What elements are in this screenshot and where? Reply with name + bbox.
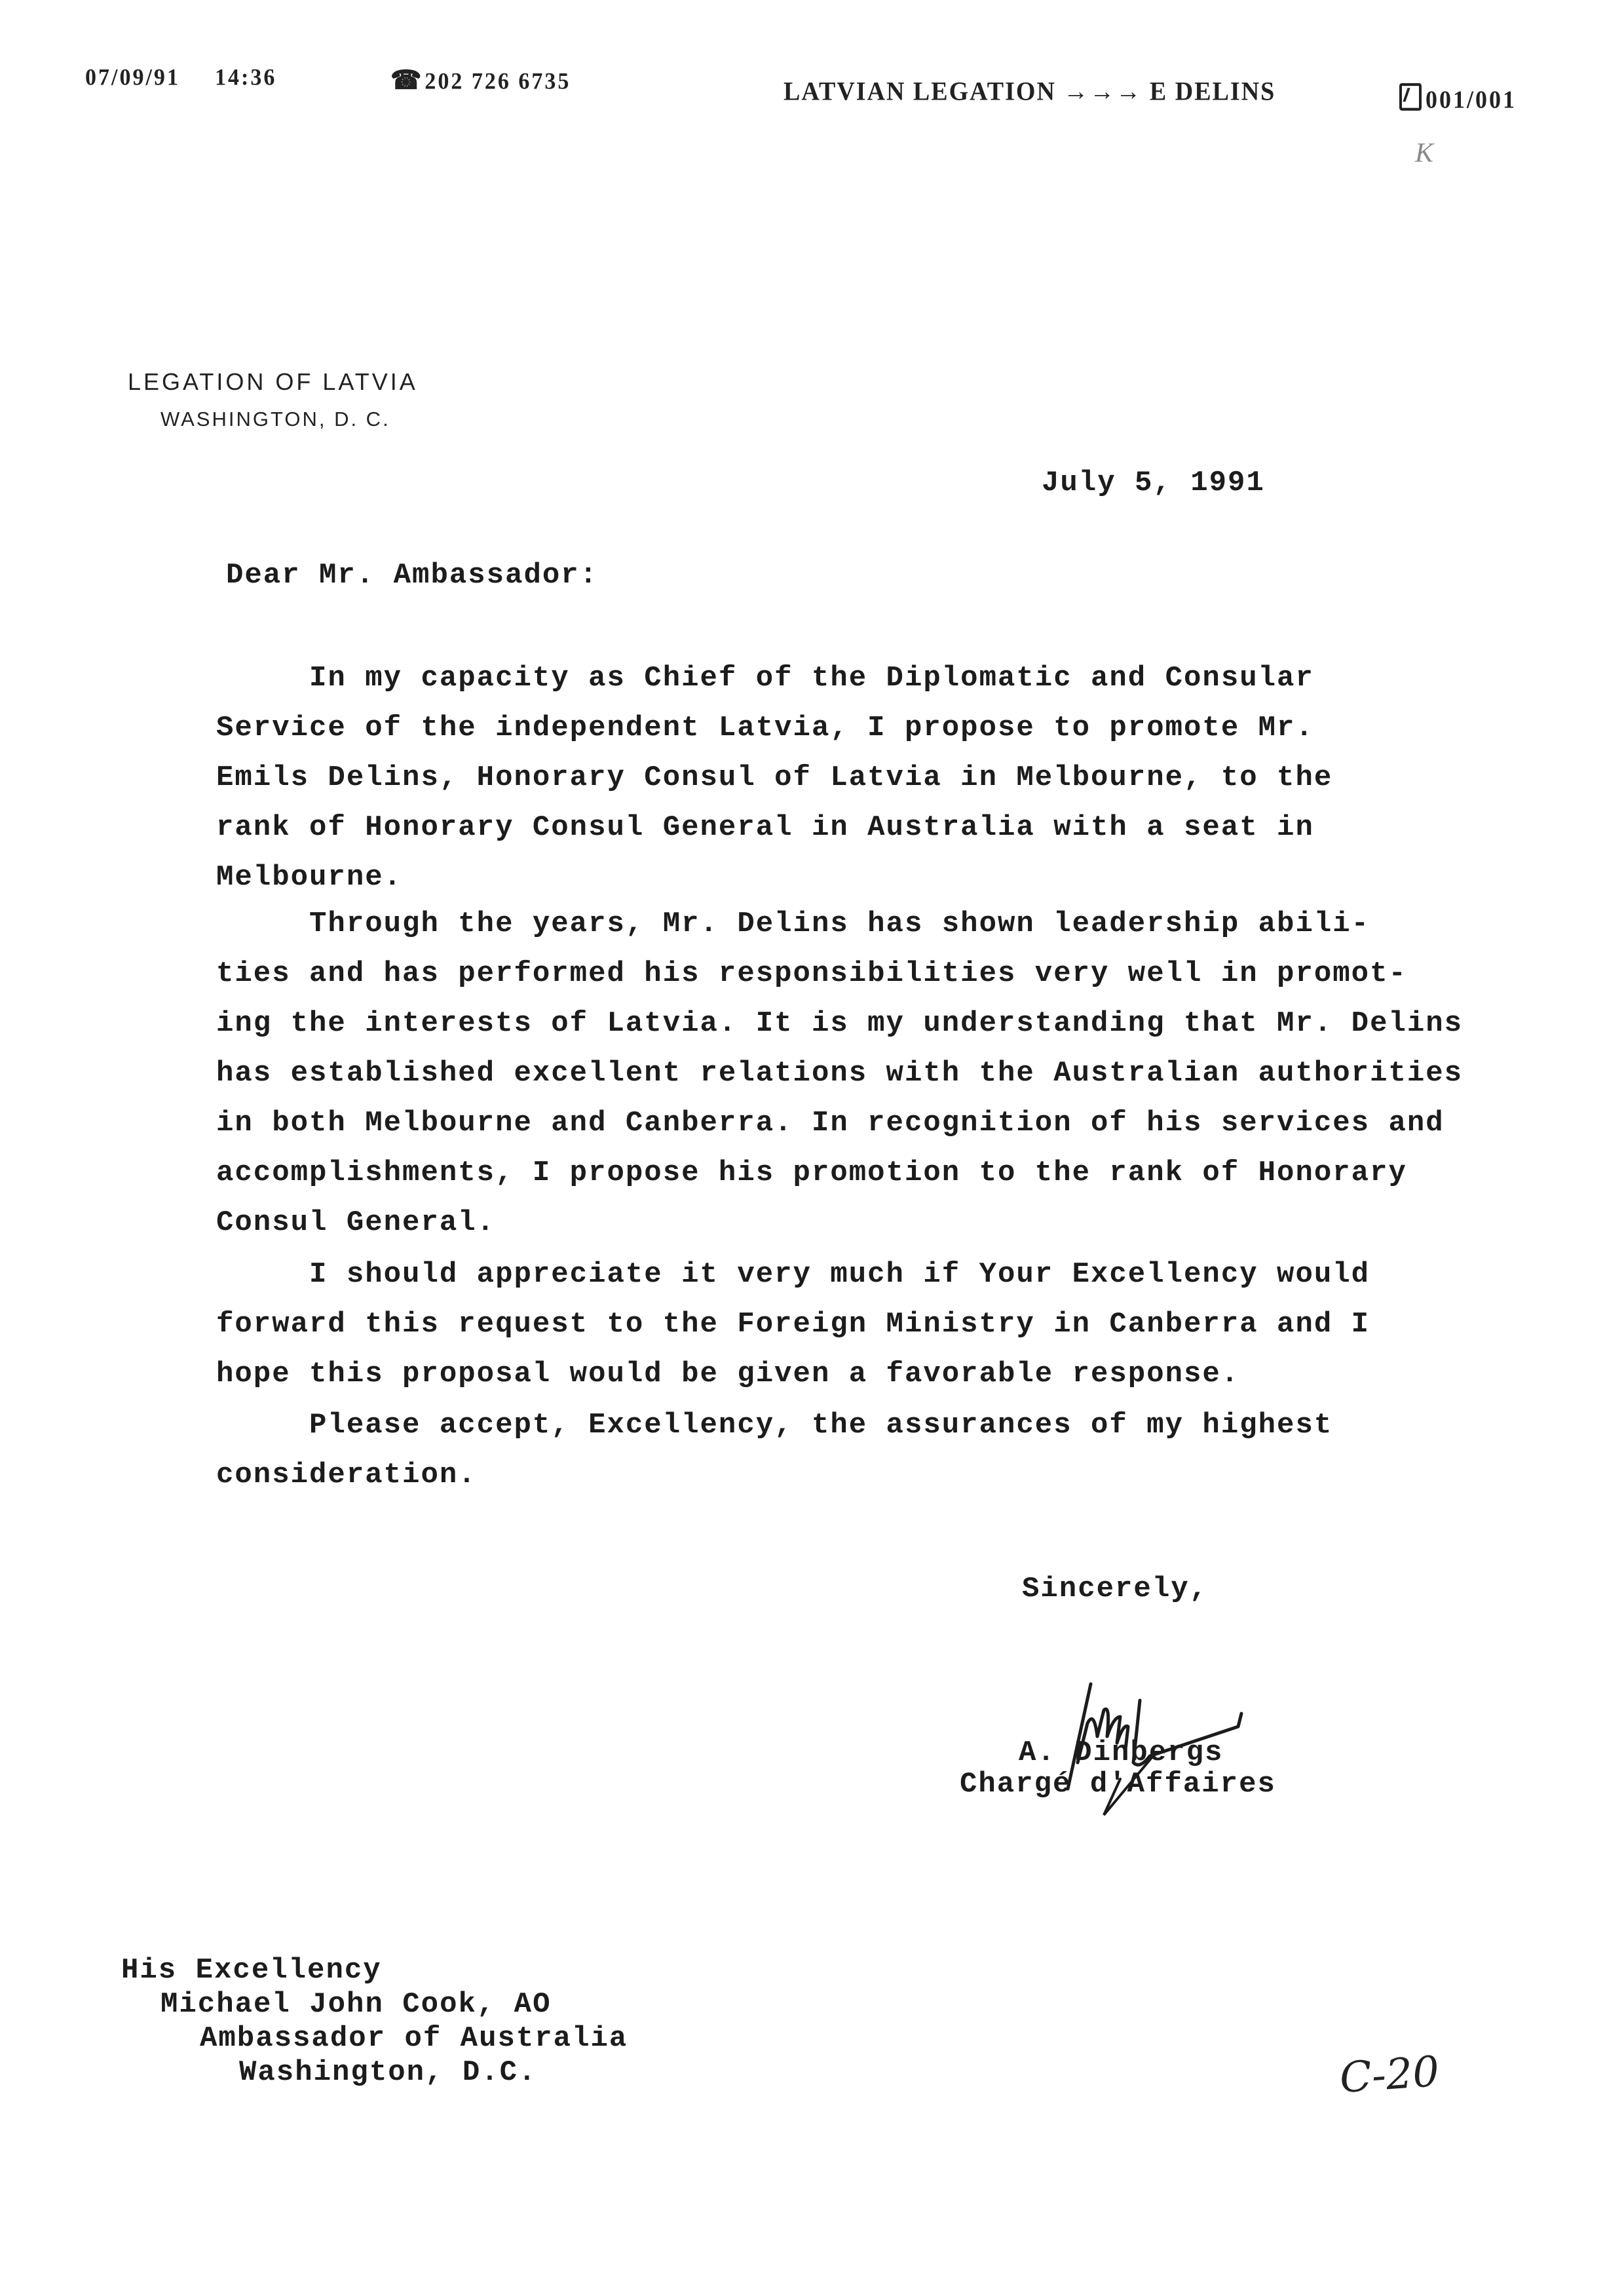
telephone-icon: ☎ bbox=[390, 66, 423, 95]
handwritten-initial: K bbox=[1415, 138, 1433, 169]
signer-title: Chargé d'Affaires bbox=[960, 1768, 1276, 1801]
body-line: Emils Delins, Honorary Consul of Latvia … bbox=[216, 761, 1332, 794]
body-line: Consul General. bbox=[216, 1206, 495, 1239]
fax-time: 14:36 bbox=[215, 65, 276, 91]
recipient-line: Ambassador of Australia bbox=[200, 2022, 628, 2055]
body-line: accomplishments, I propose his promotion… bbox=[216, 1157, 1407, 1189]
signer-name: A. Dinbergs bbox=[1019, 1736, 1223, 1769]
letter-date: July 5, 1991 bbox=[1042, 467, 1265, 499]
letterhead-location: WASHINGTON, D. C. bbox=[161, 408, 390, 431]
recipient-line: His Excellency bbox=[121, 1954, 382, 1987]
body-line: has established excellent relations with… bbox=[216, 1057, 1463, 1090]
body-line: ing the interests of Latvia. It is my un… bbox=[216, 1007, 1463, 1040]
body-line: ties and has performed his responsibilit… bbox=[216, 957, 1407, 990]
fax-page-icon bbox=[1399, 83, 1422, 111]
body-line: I should appreciate it very much if Your… bbox=[216, 1258, 1370, 1291]
recipient-line: Michael John Cook, AO bbox=[161, 1988, 552, 2021]
closing: Sincerely, bbox=[1022, 1573, 1208, 1605]
body-line: hope this proposal would be given a favo… bbox=[216, 1358, 1239, 1390]
body-line: Melbourne. bbox=[216, 861, 402, 894]
salutation: Dear Mr. Ambassador: bbox=[226, 559, 598, 592]
body-line: Service of the independent Latvia, I pro… bbox=[216, 712, 1314, 744]
body-line: in both Melbourne and Canberra. In recog… bbox=[216, 1107, 1445, 1139]
letterhead-title: LEGATION OF LATVIA bbox=[128, 368, 418, 396]
handwritten-reference: C-20 bbox=[1338, 2048, 1441, 2103]
fax-date: 07/09/91 bbox=[85, 65, 180, 91]
recipient-line: Washington, D.C. bbox=[239, 2056, 537, 2089]
body-line: rank of Honorary Consul General in Austr… bbox=[216, 811, 1314, 844]
body-line: consideration. bbox=[216, 1459, 477, 1491]
body-line: Please accept, Excellency, the assurance… bbox=[216, 1409, 1332, 1442]
body-line: Through the years, Mr. Delins has shown … bbox=[216, 908, 1370, 940]
body-line: forward this request to the Foreign Mini… bbox=[216, 1308, 1370, 1341]
body-line: In my capacity as Chief of the Diplomati… bbox=[216, 662, 1314, 695]
fax-page-number: 001/001 bbox=[1426, 86, 1517, 113]
fax-route: LATVIAN LEGATION →→→ E DELINS bbox=[784, 77, 1275, 107]
fax-phone: ☎202 726 6735 bbox=[390, 65, 571, 96]
fax-page-count: 001/001 bbox=[1399, 83, 1517, 114]
fax-phone-number: 202 726 6735 bbox=[425, 69, 571, 94]
